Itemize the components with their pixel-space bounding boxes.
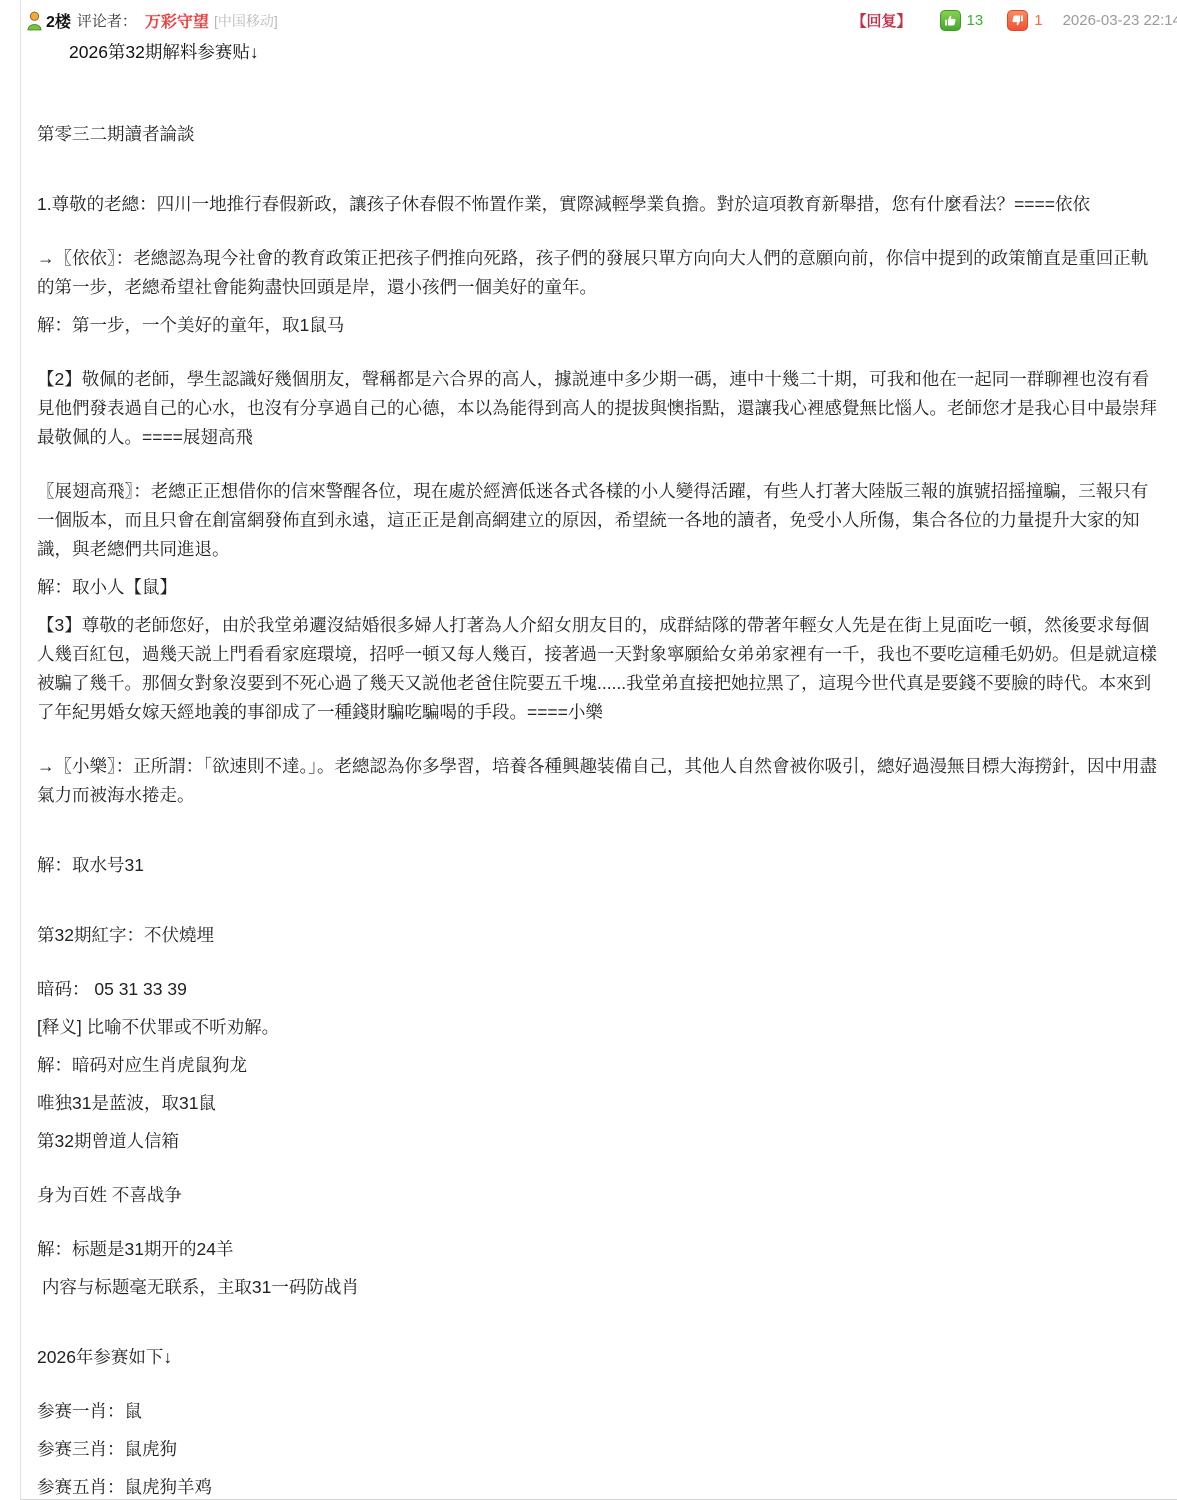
body-paragraph: →〖小樂〗：正所謂：「欲速則不達。」。老總認為你多學習，培養各種興趣装備自己，其… [37,752,1165,810]
body-paragraph: 【2】敬佩的老師，學生認識好幾個朋友，聲稱都是六合界的高人，據説連中多少期一碼，… [37,365,1165,452]
body-paragraph: 暗码： 05 31 33 39 [37,975,1165,1004]
reply-button[interactable]: 【回复】 [852,10,912,31]
avatar-icon [26,11,43,31]
commenter-name[interactable]: 万彩守望 [145,9,209,32]
body-paragraph: 第零三二期讀者論談 [37,120,1165,149]
thumbs-down-count: 1 [1034,12,1042,29]
comment-page: 2楼 评论者： 万彩守望 [中国移动] 【回复】 13 1 2026-03-23… [20,0,1177,1500]
post-subtitle: 2026第32期解料参赛贴↓ [21,32,1177,64]
commenter-label: 评论者： [77,10,137,31]
body-paragraph: 解：取水号31 [37,851,1165,880]
body-paragraph: 【3】尊敬的老師您好，由於我堂弟邐沒結婚很多婦人打著為人介紹女朋友目的，成群結隊… [37,611,1165,727]
comment-header: 2楼 评论者： 万彩守望 [中国移动] 【回复】 13 1 2026-03-23… [21,0,1177,32]
body-paragraph: 第32期曾道人信箱 [37,1127,1165,1156]
body-paragraph: 参赛五肖：鼠虎狗羊鸡 [37,1473,1165,1500]
body-paragraph: →〖依依〗：老總認為現今社會的教育政策正把孩子們推向死路，孩子們的發展只單方向向… [37,244,1165,302]
body-paragraph: 身为百姓 不喜战争 [37,1181,1165,1210]
body-paragraph: 参赛三肖：鼠虎狗 [37,1435,1165,1464]
body-paragraph: 唯独31是蓝波，取31鼠 [37,1089,1165,1118]
body-paragraph: 解：取小人【鼠】 [37,573,1165,602]
body-paragraph: 1.尊敬的老總：四川一地推行春假新政，讓孩子休春假不怖置作業，實際減輕學業負擔。… [37,190,1165,219]
body-paragraph: 解：暗码对应生肖虎鼠狗龙 [37,1051,1165,1080]
body-paragraph: 解：标题是31期开的24羊 [37,1235,1165,1264]
carrier-tag: [中国移动] [214,11,278,31]
body-paragraph: 〖展翅高飛〗：老總正正想借你的信來警醒各位，現在處於經濟低迷各式各樣的小人變得活… [37,477,1165,564]
body-paragraph: 第32期紅字：不伏燒埋 [37,921,1165,950]
thumbs-up-icon[interactable] [940,10,961,31]
timestamp: 2026-03-23 22:14 [1063,12,1177,29]
body-paragraph: 2026年参赛如下↓ [37,1343,1165,1372]
body-paragraph: 参赛一肖：鼠 [37,1397,1165,1426]
floor-label: 2楼 [46,9,71,32]
body-paragraph: 内容与标题毫无联系，主取31一码防战肖 [37,1273,1165,1302]
thumbs-up-count: 13 [967,12,984,29]
body-paragraph: 解：第一步，一个美好的童年，取1鼠马 [37,311,1165,340]
thumbs-down-icon[interactable] [1007,10,1028,31]
body-paragraph: [释义] 比喻不伏罪或不听劝解。 [37,1013,1165,1042]
post-body: 第零三二期讀者論談1.尊敬的老總：四川一地推行春假新政，讓孩子休春假不怖置作業，… [21,120,1177,1500]
